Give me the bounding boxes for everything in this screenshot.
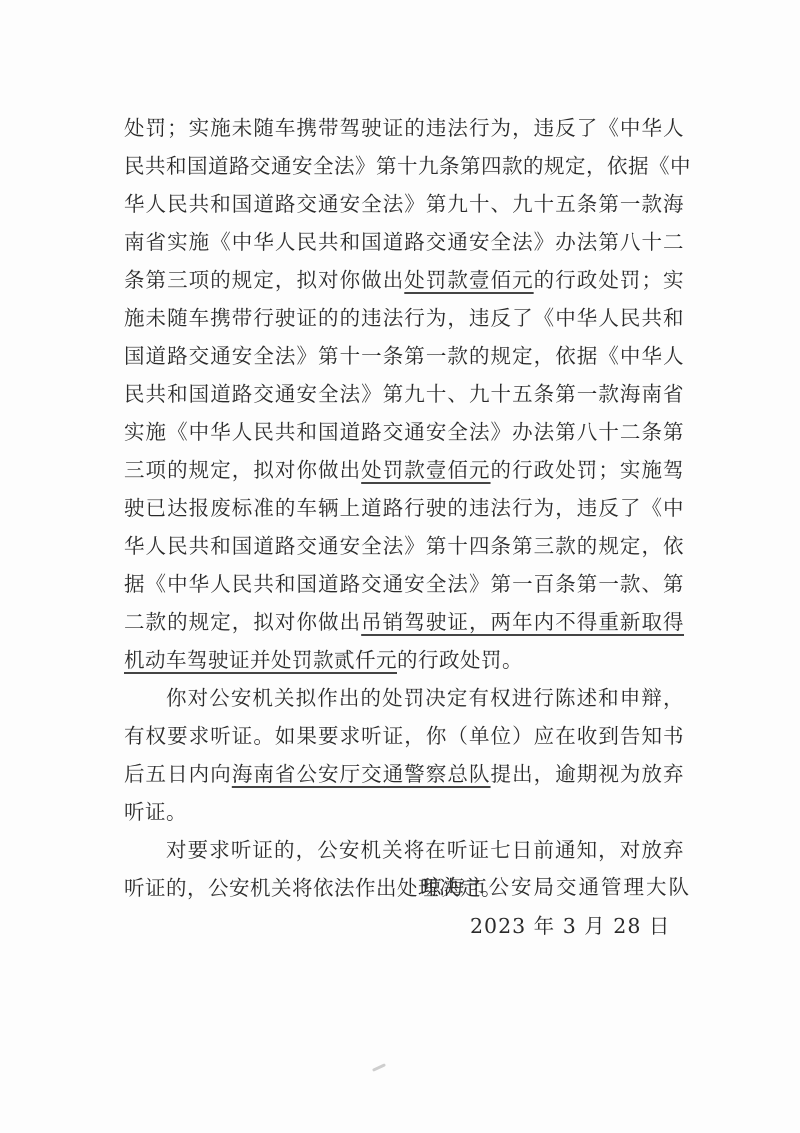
text-segment: 施未随车携带行驶证的的违法行为，违反了《中华人民共和	[124, 306, 684, 330]
text-segment: 国道路交通安全法》第十一条第一款的规定，依据《中华人	[124, 344, 684, 368]
body-line: 华人民共和国道路交通安全法》第十四条第三款的规定，依	[124, 531, 684, 561]
body-line: 处罚；实施未随车携带驾驶证的违法行为，违反了《中华人	[124, 113, 684, 143]
text-segment: 华人民共和国道路交通安全法》第九十、九十五条第一款海	[124, 192, 684, 216]
text-segment: 民共和国道路交通安全法》第十九条第四款的规定，依据《中	[124, 154, 691, 178]
body-line: 南省实施《中华人民共和国道路交通安全法》办法第八十二	[124, 227, 684, 257]
body-line: 民共和国道路交通安全法》第十九条第四款的规定，依据《中	[124, 151, 684, 181]
body-line: 后五日内向海南省公安厅交通警察总队提出，逾期视为放弃	[124, 759, 684, 789]
body-line: 对要求听证的，公安机关将在听证七日前通知，对放弃	[166, 835, 684, 865]
penalty-amount-underlined: 处罚款壹佰元	[404, 268, 533, 292]
text-segment: 对要求听证的，公安机关将在听证七日前通知，对放弃	[166, 838, 684, 862]
body-line: 你对公安机关拟作出的处罚决定有权进行陈述和申辩，	[166, 683, 684, 713]
text-segment: 民共和国道路交通安全法》第九十、九十五条第一款海南省	[124, 382, 684, 406]
text-segment: 你对公安机关拟作出的处罚决定有权进行陈述和申辩，	[166, 686, 684, 710]
hearing-authority-underlined: 海南省公安厅交通警察总队	[232, 762, 491, 786]
text-segment: 后五日内向	[124, 762, 232, 786]
body-line: 国道路交通安全法》第十一条第一款的规定，依据《中华人	[124, 341, 684, 371]
body-line: 二款的规定，拟对你做出吊销驾驶证，两年内不得重新取得	[124, 607, 684, 637]
text-segment: 据《中华人民共和国道路交通安全法》第一百条第一款、第	[124, 572, 684, 596]
body-line: 华人民共和国道路交通安全法》第九十、九十五条第一款海	[124, 189, 684, 219]
text-segment: 的行政处罚；实施驾	[491, 458, 684, 482]
text-segment: 驶已达报废标准的车辆上道路行驶的违法行为，违反了《中	[124, 496, 684, 520]
body-line: 实施《中华人民共和国道路交通安全法》办法第八十二条第	[124, 417, 684, 447]
text-segment: 提出，逾期视为放弃	[491, 762, 684, 786]
body-line: 机动车驾驶证并处罚款贰仟元的行政处罚。	[124, 645, 684, 675]
text-segment: 实施《中华人民共和国道路交通安全法》办法第八十二条第	[124, 420, 684, 444]
body-line: 听证。	[124, 797, 684, 827]
body-line: 有权要求听证。如果要求听证，你（单位）应在收到告知书	[124, 721, 684, 751]
text-segment: 条第三项的规定，拟对你做出	[124, 268, 404, 292]
signature-date: 2023 年 3 月 28 日	[470, 911, 670, 941]
text-segment: 的行政处罚。	[397, 648, 523, 672]
text-segment: 有权要求听证。如果要求听证，你（单位）应在收到告知书	[124, 724, 684, 748]
text-segment: 二款的规定，拟对你做出	[124, 610, 361, 634]
body-line: 三项的规定，拟对你做出处罚款壹佰元的行政处罚；实施驾	[124, 455, 684, 485]
text-segment: 南省实施《中华人民共和国道路交通安全法》办法第八十二	[124, 230, 684, 254]
text-segment: 的行政处罚；实	[534, 268, 684, 292]
body-line: 据《中华人民共和国道路交通安全法》第一百条第一款、第	[124, 569, 684, 599]
scan-artifact	[372, 1063, 386, 1072]
body-line: 驶已达报废标准的车辆上道路行驶的违法行为，违反了《中	[124, 493, 684, 523]
text-segment: 华人民共和国道路交通安全法》第十四条第三款的规定，依	[124, 534, 684, 558]
signature-organization: 琼海市公安局交通管理大队	[421, 872, 691, 902]
body-line: 施未随车携带行驶证的的违法行为，违反了《中华人民共和	[124, 303, 684, 333]
text-segment: 三项的规定，拟对你做出	[124, 458, 361, 482]
penalty-revocation-underlined: 机动车驾驶证并处罚款贰仟元	[124, 648, 397, 672]
text-segment: 处罚；实施未随车携带驾驶证的违法行为，违反了《中华人	[124, 116, 684, 140]
penalty-amount-underlined: 处罚款壹佰元	[361, 458, 490, 482]
document-page: 处罚；实施未随车携带驾驶证的违法行为，违反了《中华人 民共和国道路交通安全法》第…	[0, 0, 800, 1133]
body-line: 民共和国道路交通安全法》第九十、九十五条第一款海南省	[124, 379, 684, 409]
body-line: 条第三项的规定，拟对你做出处罚款壹佰元的行政处罚；实	[124, 265, 684, 295]
text-segment: 听证。	[124, 800, 187, 824]
penalty-revocation-underlined: 吊销驾驶证，两年内不得重新取得	[361, 610, 684, 634]
